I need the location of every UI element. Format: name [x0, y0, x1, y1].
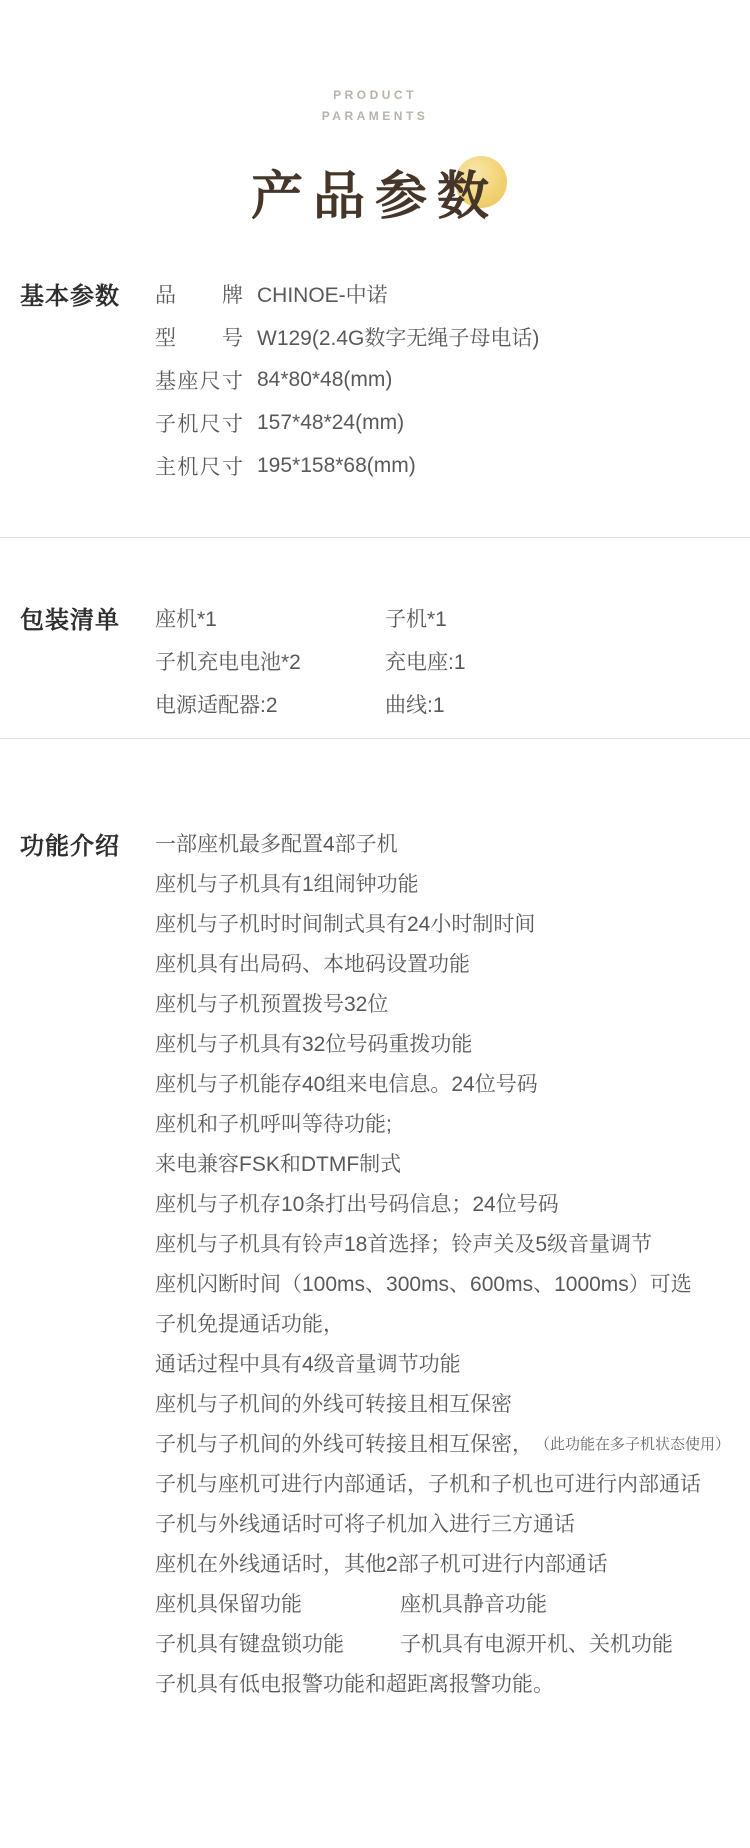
feature-line: 座机在外线通话时，其他2部子机可进行内部通话: [155, 1543, 750, 1583]
packing-row: 子机充电电池*2充电座:1: [155, 639, 750, 682]
feature-text: 子机具有低电报警功能和超距离报警功能。: [155, 1668, 554, 1698]
feature-line: 来电兼容FSK和DTMF制式: [155, 1143, 750, 1183]
param-value: 84*80*48(mm): [257, 368, 392, 392]
feature-line: 子机与外线通话时可将子机加入进行三方通话: [155, 1503, 750, 1543]
param-value: W129(2.4G数字无绳子母电话): [257, 322, 539, 352]
features-list: 一部座机最多配置4部子机座机与子机具有1组闹钟功能座机与子机时时间制式具有24小…: [155, 823, 750, 1703]
feature-text: 子机与子机间的外线可转接且相互保密，: [155, 1428, 533, 1458]
param-row: 型号W129(2.4G数字无绳子母电话): [155, 315, 750, 358]
param-row: 主机尺寸195*158*68(mm): [155, 444, 750, 487]
param-value: CHINOE-中诺: [257, 279, 388, 309]
eyebrow-text-line1: PRODUCT: [0, 88, 750, 102]
param-row: 基座尺寸84*80*48(mm): [155, 358, 750, 401]
param-label: 子机尺寸: [155, 408, 243, 438]
param-label: 基座尺寸: [155, 365, 243, 395]
basic-params-heading: 基本参数: [20, 272, 120, 315]
page-title-wrap: 产品参数: [0, 170, 750, 225]
param-row: 子机尺寸157*48*24(mm): [155, 401, 750, 444]
basic-params-rows: 品牌CHINOE-中诺型号W129(2.4G数字无绳子母电话)基座尺寸84*80…: [155, 272, 750, 487]
param-label: 主机尺寸: [155, 451, 243, 481]
feature-line: 座机与子机能存40组来电信息。24位号码: [155, 1063, 750, 1103]
feature-text: 通话过程中具有4级音量调节功能: [155, 1348, 461, 1378]
page-title-inner: 产品参数: [251, 170, 499, 225]
feature-line: 子机与子机间的外线可转接且相互保密，（此功能在多子机状态使用）: [155, 1423, 750, 1463]
feature-text: 座机与子机时时间制式具有24小时制时间: [155, 908, 535, 938]
feature-text: 座机闪断时间（100ms、300ms、600ms、1000ms）可选: [155, 1268, 692, 1298]
feature-line: 一部座机最多配置4部子机: [155, 823, 750, 863]
feature-text: 座机在外线通话时，其他2部子机可进行内部通话: [155, 1548, 608, 1578]
feature-text: 来电兼容FSK和DTMF制式: [155, 1148, 401, 1178]
feature-line: 子机具有低电报警功能和超距离报警功能。: [155, 1663, 750, 1703]
feature-text: 子机具有键盘锁功能: [155, 1628, 400, 1658]
page-title: 产品参数: [251, 170, 499, 225]
feature-line: 座机与子机预置拨号32位: [155, 983, 750, 1023]
packing-item: 子机*1: [385, 603, 447, 633]
feature-text: 座机与子机间的外线可转接且相互保密: [155, 1388, 512, 1418]
feature-text: 子机免提通话功能，: [155, 1308, 344, 1338]
feature-text: 座机具保留功能: [155, 1588, 400, 1618]
feature-line: 子机具有键盘锁功能子机具有电源开机、关机功能: [155, 1623, 750, 1663]
param-value: 195*158*68(mm): [257, 454, 416, 478]
packing-item: 曲线:1: [385, 689, 445, 719]
feature-text: 子机与外线通话时可将子机加入进行三方通话: [155, 1508, 575, 1538]
packing-list-rows: 座机*1子机*1子机充电电池*2充电座:1电源适配器:2曲线:1: [155, 596, 750, 725]
feature-text: 座机与子机具有铃声18首选择；铃声关及5级音量调节: [155, 1228, 652, 1258]
feature-text: 座机与子机能存40组来电信息。24位号码: [155, 1068, 538, 1098]
feature-line: 座机与子机具有1组闹钟功能: [155, 863, 750, 903]
feature-line: 通话过程中具有4级音量调节功能: [155, 1343, 750, 1383]
divider: [0, 738, 750, 739]
feature-line: 子机与座机可进行内部通话，子机和子机也可进行内部通话: [155, 1463, 750, 1503]
section-basic-params: 基本参数 品牌CHINOE-中诺型号W129(2.4G数字无绳子母电话)基座尺寸…: [0, 272, 750, 487]
eyebrow-text-line2: PARAMENTS: [0, 109, 750, 123]
product-parameters-page: { "colors": { "accent_gold": "#e9c152", …: [0, 0, 750, 1848]
feature-text: 一部座机最多配置4部子机: [155, 828, 398, 858]
feature-line: 座机与子机具有铃声18首选择；铃声关及5级音量调节: [155, 1223, 750, 1263]
param-label: 品牌: [155, 279, 243, 309]
section-features: 功能介绍 一部座机最多配置4部子机座机与子机具有1组闹钟功能座机与子机时时间制式…: [0, 823, 750, 1703]
feature-line: 座机具保留功能座机具静音功能: [155, 1583, 750, 1623]
feature-line: 子机免提通话功能，: [155, 1303, 750, 1343]
feature-line: 座机与子机间的外线可转接且相互保密: [155, 1383, 750, 1423]
packing-item: 子机充电电池*2: [155, 646, 385, 676]
feature-text: 座机与子机存10条打出号码信息；24位号码: [155, 1188, 559, 1218]
section-packing-list: 包装清单 座机*1子机*1子机充电电池*2充电座:1电源适配器:2曲线:1: [0, 596, 750, 725]
param-row: 品牌CHINOE-中诺: [155, 272, 750, 315]
packing-row: 座机*1子机*1: [155, 596, 750, 639]
feature-text: 座机与子机具有32位号码重拨功能: [155, 1028, 472, 1058]
param-value: 157*48*24(mm): [257, 411, 404, 435]
packing-row: 电源适配器:2曲线:1: [155, 682, 750, 725]
feature-line: 座机具有出局码、本地码设置功能: [155, 943, 750, 983]
features-heading: 功能介绍: [20, 823, 120, 863]
feature-line: 座机与子机存10条打出号码信息；24位号码: [155, 1183, 750, 1223]
divider: [0, 537, 750, 538]
feature-line: 座机和子机呼叫等待功能;: [155, 1103, 750, 1143]
feature-line: 座机与子机时时间制式具有24小时制时间: [155, 903, 750, 943]
packing-list-heading: 包装清单: [20, 596, 120, 639]
packing-item: 电源适配器:2: [155, 689, 385, 719]
feature-text: 座机具有出局码、本地码设置功能: [155, 948, 470, 978]
feature-note: （此功能在多子机状态使用）: [535, 1433, 730, 1454]
feature-line: 座机闪断时间（100ms、300ms、600ms、1000ms）可选: [155, 1263, 750, 1303]
feature-line: 座机与子机具有32位号码重拨功能: [155, 1023, 750, 1063]
feature-text: 子机具有电源开机、关机功能: [400, 1628, 673, 1658]
feature-text: 座机和子机呼叫等待功能;: [155, 1108, 392, 1138]
param-label: 型号: [155, 322, 243, 352]
feature-text: 座机与子机具有1组闹钟功能: [155, 868, 419, 898]
packing-item: 座机*1: [155, 603, 385, 633]
feature-text: 座机具静音功能: [400, 1588, 547, 1618]
packing-item: 充电座:1: [385, 646, 466, 676]
feature-text: 子机与座机可进行内部通话，子机和子机也可进行内部通话: [155, 1468, 701, 1498]
feature-text: 座机与子机预置拨号32位: [155, 988, 388, 1018]
